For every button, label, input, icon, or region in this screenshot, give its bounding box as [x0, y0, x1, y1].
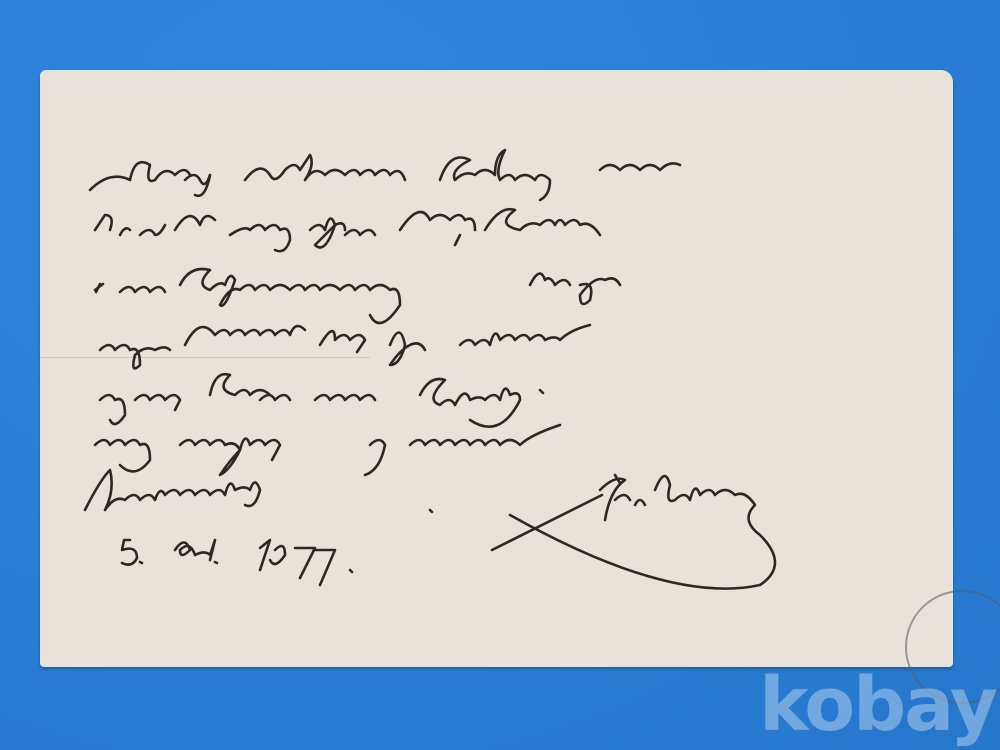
postcard: Da ich auf meine Anfrage vom 13. v. M. b… [40, 70, 953, 667]
handwriting-strokes [40, 70, 953, 667]
kobay-watermark: kobay [759, 662, 996, 748]
